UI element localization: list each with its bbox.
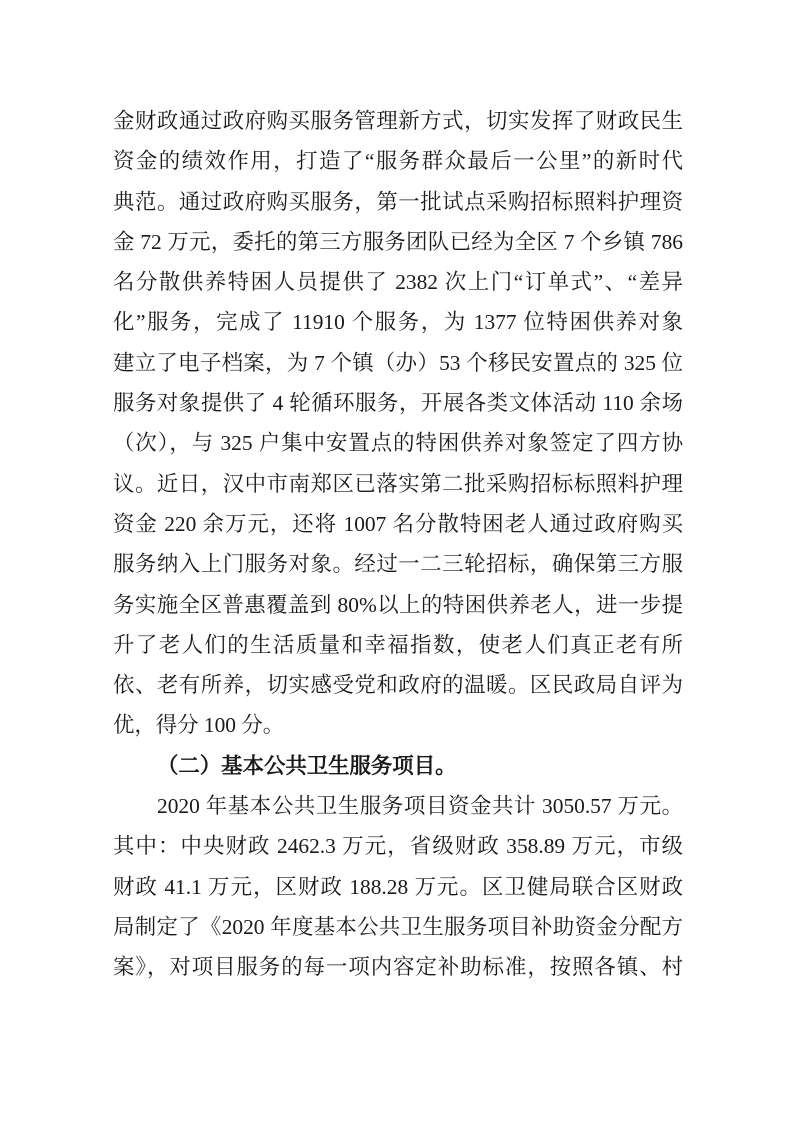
text-block: 金财政通过政府购买服务管理新方式，切实发挥了财政民生 资金的绩效作用，打造了“服… [113, 101, 683, 988]
body-line: 服务对象提供了 4 轮循环服务，开展各类文体活动 110 余场 [113, 383, 683, 423]
document-page: 金财政通过政府购买服务管理新方式，切实发挥了财政民生 资金的绩效作用，打造了“服… [0, 0, 793, 1122]
body-line: 资金 220 余万元，还将 1007 名分散特困老人通过政府购买 [113, 504, 683, 544]
body-line: 依、老有所养，切实感受党和政府的温暖。区民政局自评为 [113, 665, 683, 705]
body-line: （次），与 325 户集中安置点的特困供养对象签定了四方协 [113, 423, 683, 463]
body-line: 金 72 万元，委托的第三方服务团队已经为全区 7 个乡镇 786 [113, 222, 683, 262]
body-line: 建立了电子档案，为 7 个镇（办）53 个移民安置点的 325 位 [113, 343, 683, 383]
body-line: 案》，对项目服务的每一项内容定补助标准，按照各镇、村 [113, 947, 683, 987]
body-line: 服务纳入上门服务对象。经过一二三轮招标，确保第三方服 [113, 544, 683, 584]
body-line: 财政 41.1 万元，区财政 188.28 万元。区卫健局联合区财政 [113, 867, 683, 907]
body-line: 金财政通过政府购买服务管理新方式，切实发挥了财政民生 [113, 101, 683, 141]
body-line: 务实施全区普惠覆盖到 80%以上的特困供养老人，进一步提 [113, 585, 683, 625]
body-line: 2020 年基本公共卫生服务项目资金共计 3050.57 万元。 [113, 786, 683, 826]
body-line: 升了老人们的生活质量和幸福指数，使老人们真正老有所 [113, 625, 683, 665]
body-line: 议。近日，汉中市南郑区已落实第二批采购招标标照料护理 [113, 464, 683, 504]
body-line: 化”服务，完成了 11910 个服务，为 1377 位特困供养对象 [113, 302, 683, 342]
body-line: 优，得分 100 分。 [113, 705, 683, 745]
body-line: 典范。通过政府购买服务，第一批试点采购招标照料护理资 [113, 182, 683, 222]
body-line: 其中：中央财政 2462.3 万元，省级财政 358.89 万元，市级 [113, 826, 683, 866]
section-heading: （二）基本公共卫生服务项目。 [113, 746, 683, 786]
body-line: 资金的绩效作用，打造了“服务群众最后一公里”的新时代 [113, 141, 683, 181]
body-line: 名分散供养特困人员提供了 2382 次上门“订单式”、“差异 [113, 262, 683, 302]
body-line: 局制定了《2020 年度基本公共卫生服务项目补助资金分配方 [113, 907, 683, 947]
